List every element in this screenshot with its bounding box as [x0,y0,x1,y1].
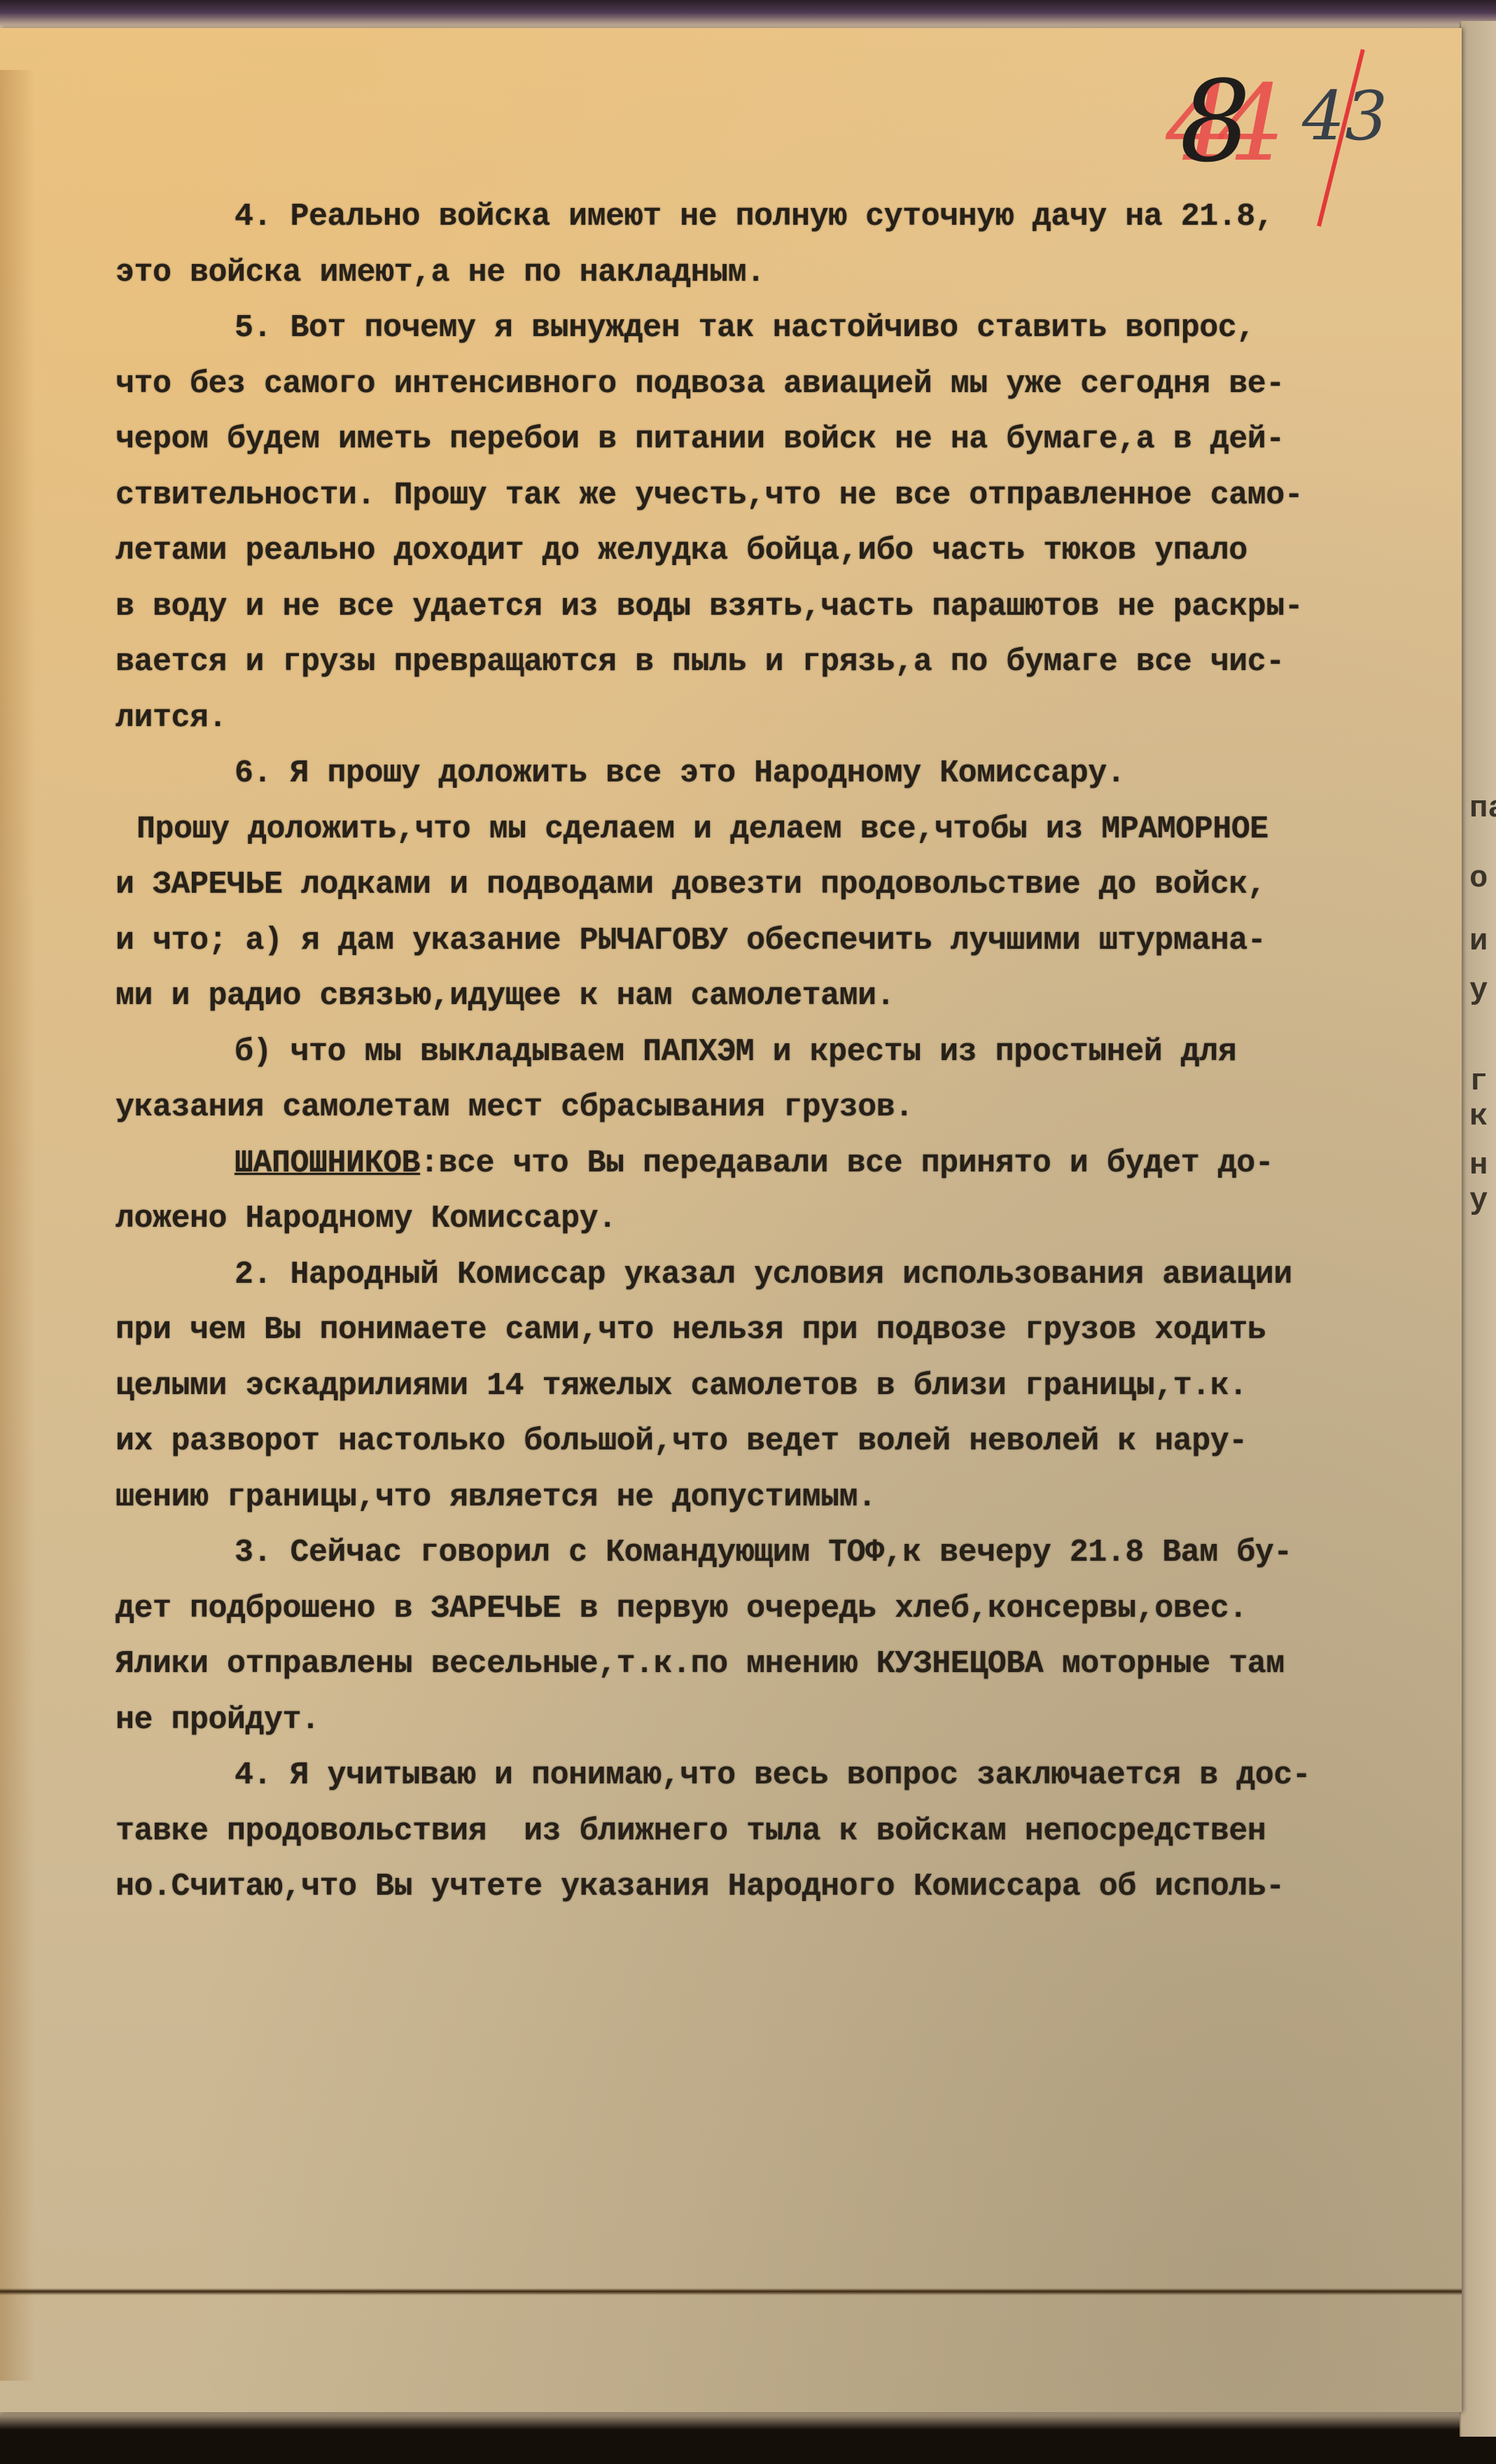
line-text: дет подброшено в ЗАРЕЧЬЕ в первую очеред… [116,1591,1247,1627]
line-text: их разворот настолько большой,что ведет … [116,1424,1247,1459]
underlying-text-fragment: у [1469,973,1488,1008]
document-line: чером будем иметь перебои в питании войс… [116,412,1425,468]
document-line: в воду и не все удается из воды взять,ча… [116,579,1425,635]
line-text: не пройдут. [116,1702,320,1738]
document-line: их разворот настолько большой,что ведет … [116,1414,1425,1470]
underlying-page-edge: паоиугкну [1460,21,1496,2437]
line-text: 3. Сейчас говорил с Командующим ТОФ,к ве… [235,1535,1292,1571]
line-text: ми и радио связью,идущее к нам самолетам… [116,978,895,1014]
underlying-text-fragment: и [1469,924,1488,959]
document-line: при чем Вы понимаете сами,что нельзя при… [116,1302,1425,1358]
line-text: :все что Вы передавали все принято и буд… [420,1146,1273,1181]
document-line: это войска имеют,а не по накладным. [116,245,1425,301]
document-line: вается и грузы превращаются в пыль и гря… [116,634,1425,690]
line-text: 2. Народный Комиссар указал условия испо… [235,1257,1292,1293]
archive-folio-mark: 44 8 43 [1162,49,1386,210]
document-line: Ялики отправлены весельные,т.к.по мнению… [116,1636,1425,1692]
document-line: указания самолетам мест сбрасывания груз… [116,1080,1425,1136]
typewritten-body: 4. Реально войска имеют не полную суточн… [116,189,1425,1915]
line-text: Прошу доложить,что мы сделаем и делаем в… [137,812,1268,847]
line-text: в воду и не все удается из воды взять,ча… [116,589,1303,625]
line-text: ложено Народному Комиссару. [116,1201,617,1237]
document-line: 6. Я прошу доложить все это Народному Ко… [116,746,1425,802]
document-line: и что; а) я дам указание РЫЧАГОВУ обеспе… [116,913,1425,969]
document-line: ложено Народному Комиссару. [116,1191,1425,1247]
line-text: шению границы,что является не допустимым… [116,1480,876,1515]
line-text: лится. [116,700,227,736]
underlying-text-fragment: г [1469,1064,1488,1099]
line-text: но.Считаю,что Вы учтете указания Народно… [116,1869,1285,1905]
line-text: целыми эскадрилиями 14 тяжелых самолетов… [116,1368,1247,1404]
document-line: ШАПОШНИКОВ:все что Вы передавали все при… [116,1136,1425,1192]
line-text: указания самолетам мест сбрасывания груз… [116,1090,914,1125]
document-line: летами реально доходит до желудка бойца,… [116,523,1425,579]
old-page-mark: 8 [1180,56,1230,187]
document-line: лится. [116,690,1425,746]
document-line: 4. Реально войска имеют не полную суточн… [116,189,1425,245]
line-text: это войска имеют,а не по накладным. [116,255,765,291]
document-line: что без самого интенсивного подвоза авиа… [116,356,1425,412]
underlying-text-fragment: у [1469,1183,1488,1218]
underlying-text-fragment: к [1469,1099,1488,1134]
line-text: 6. Я прошу доложить все это Народному Ко… [235,756,1125,791]
document-line: не пройдут. [116,1692,1425,1748]
document-line: и ЗАРЕЧЬЕ лодками и подводами довезти пр… [116,857,1425,913]
line-text: Ялики отправлены весельные,т.к.по мнению… [116,1646,1285,1682]
line-text: и что; а) я дам указание РЫЧАГОВУ обеспе… [116,923,1266,959]
line-text: тавке продовольствия из ближнего тыла к … [116,1814,1266,1849]
speaker-name: ШАПОШНИКОВ [235,1146,420,1181]
document-line: целыми эскадрилиями 14 тяжелых самолетов… [116,1358,1425,1414]
document-line: дет подброшено в ЗАРЕЧЬЕ в первую очеред… [116,1581,1425,1637]
line-text: что без самого интенсивного подвоза авиа… [116,366,1285,402]
line-text: вается и грузы превращаются в пыль и гря… [116,644,1285,680]
document-line: ствительности. Прошу так же учесть,что н… [116,468,1425,524]
document-line: 3. Сейчас говорил с Командующим ТОФ,к ве… [116,1525,1425,1581]
document-line: шению границы,что является не допустимым… [116,1470,1425,1526]
line-text: летами реально доходит до желудка бойца,… [116,533,1247,569]
document-line: но.Считаю,что Вы учтете указания Народно… [116,1859,1425,1915]
document-line: тавке продовольствия из ближнего тыла к … [116,1804,1425,1860]
paper-fold-crease [0,2288,1462,2295]
line-text: чером будем иметь перебои в питании войс… [116,422,1285,457]
document-line: ми и радио связью,идущее к нам самолетам… [116,968,1425,1024]
line-text: 5. Вот почему я вынужден так настойчиво … [235,310,1255,346]
line-text: при чем Вы понимаете сами,что нельзя при… [116,1312,1266,1348]
line-text: б) что мы выкладываем ПАПХЭМ и кресты из… [235,1034,1236,1070]
document-line: б) что мы выкладываем ПАПХЭМ и кресты из… [116,1024,1425,1080]
underlying-text-fragment: па [1469,791,1496,826]
line-text: 4. Реально войска имеют не полную суточн… [235,199,1273,235]
line-text: ствительности. Прошу так же учесть,что н… [116,478,1303,513]
underlying-text-fragment: н [1469,1148,1488,1183]
line-text: и ЗАРЕЧЬЕ лодками и подводами довезти пр… [116,867,1266,903]
document-line: 4. Я учитываю и понимаю,что весь вопрос … [116,1748,1425,1804]
document-line: 5. Вот почему я вынужден так настойчиво … [116,300,1425,356]
underlying-text-fragment: о [1469,861,1488,896]
document-line: 2. Народный Комиссар указал условия испо… [116,1247,1425,1303]
line-text: 4. Я учитываю и понимаю,что весь вопрос … [235,1757,1310,1793]
document-line: Прошу доложить,что мы сделаем и делаем в… [116,802,1425,858]
